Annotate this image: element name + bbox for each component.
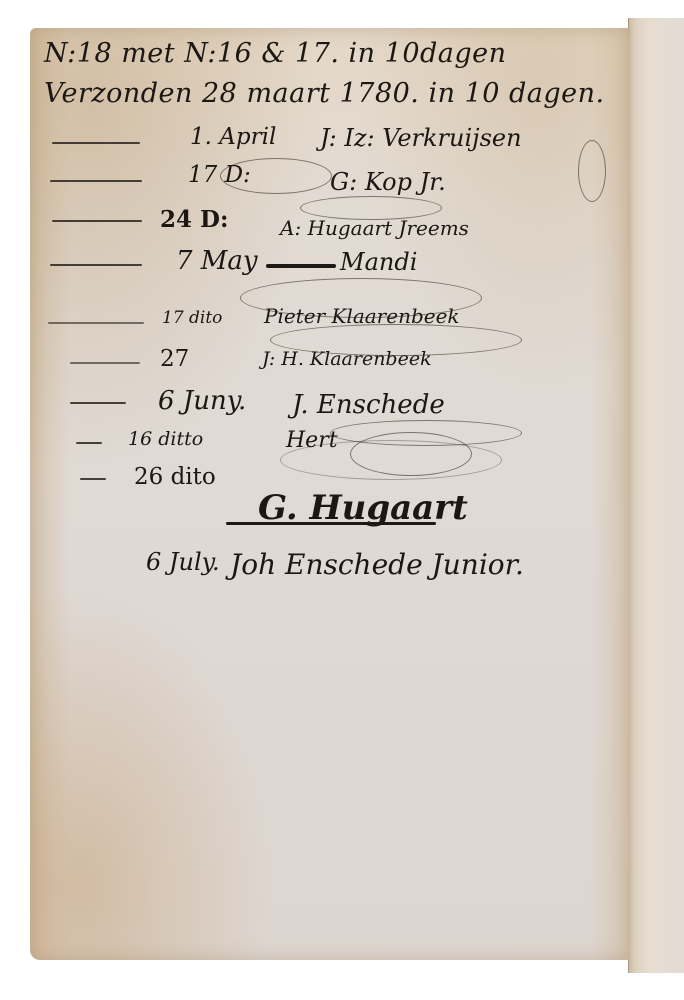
ditto-dash: [80, 478, 106, 480]
header-line-1: N:18 met N:16 & 17. in 10dagen: [44, 38, 507, 69]
entry-date: 24 D:: [160, 206, 228, 233]
entry-date: 17 dito: [162, 308, 222, 328]
ditto-dash: [52, 142, 140, 144]
ditto-dash: [70, 362, 140, 364]
pen-stroke: [266, 264, 336, 268]
entry-date: 6 Juny.: [158, 386, 246, 416]
signature-flourish: [578, 140, 606, 202]
signature-underline: [226, 522, 436, 525]
entry-signature: G: Kop Jr.: [330, 168, 446, 196]
facing-page-edge: [628, 18, 684, 973]
ditto-dash: [76, 442, 102, 444]
entry-signature: Mandi: [340, 248, 417, 276]
entry-date: 27: [160, 346, 189, 372]
entry-signature: J: Iz: Verkruijsen: [320, 124, 522, 152]
ditto-dash: [48, 322, 144, 324]
ditto-dash: [50, 264, 142, 266]
signature-flourish: [280, 440, 502, 480]
entry-date: 16 ditto: [128, 428, 203, 450]
entry-date: 6 July.: [146, 548, 220, 576]
entry-date: 7 May: [176, 246, 258, 276]
entry-signature: A: Hugaart Jreems: [280, 216, 469, 240]
entry-signature: Joh Enschede Junior.: [230, 548, 524, 581]
entry-date: 26 dito: [134, 464, 216, 490]
manuscript-page: N:18 met N:16 & 17. in 10dagen Verzonden…: [30, 28, 630, 960]
signature-flourish: [220, 158, 332, 194]
ditto-dash: [50, 180, 142, 182]
entry-signature: J: H. Klaarenbeek: [262, 348, 432, 370]
ditto-dash: [52, 220, 142, 222]
header-line-2: Verzonden 28 maart 1780. in 10 dagen.: [44, 78, 605, 109]
ditto-dash: [70, 402, 126, 404]
entry-signature: J. Enschede: [292, 390, 445, 420]
entry-date: 1. April: [190, 124, 276, 150]
